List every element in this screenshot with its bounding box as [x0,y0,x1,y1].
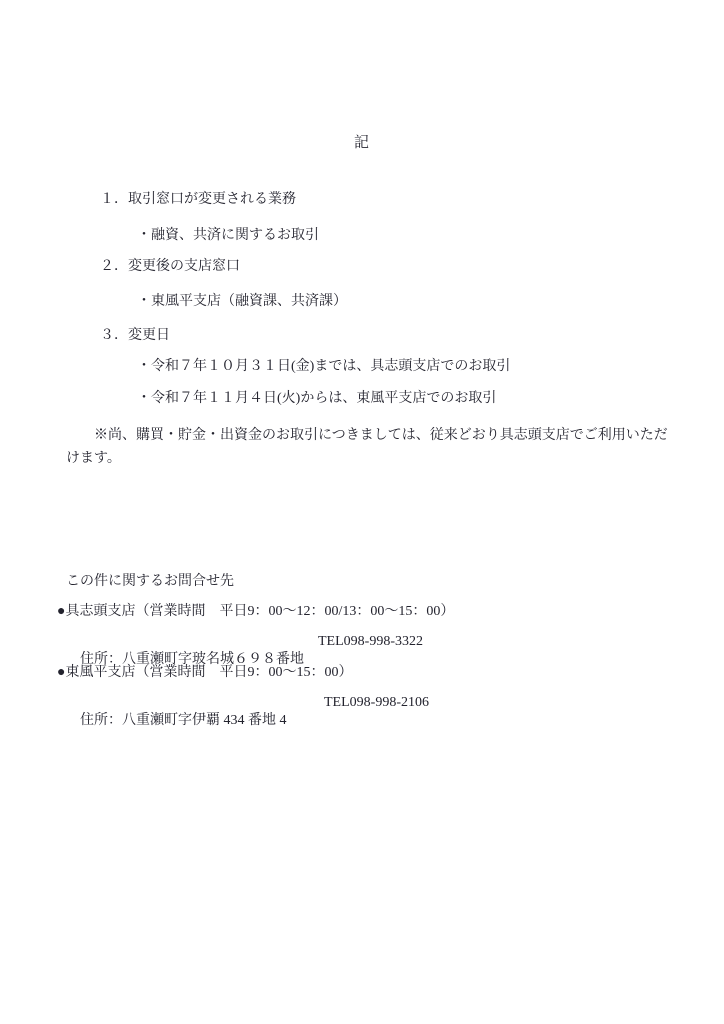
doc-heading-ki: 記 [0,131,724,152]
document-page: 記 １．取引窓口が変更される業務 ・融資、共済に関するお取引 ２．変更後の支店窓… [0,0,724,1024]
note-paragraph: ※尚、購買・貯金・出資金のお取引につきましては、従来どおり具志頭支店でご利用いた… [66,424,670,470]
list-item-2-label: ２．変更後の支店窓口 [100,258,240,276]
list-item-1-label: １．取引窓口が変更される業務 [100,191,296,209]
branch-2-address: 住所：八重瀬町字伊覇 434 番地 4 [80,713,287,728]
list-item-3-sub-2: ・令和７年１１月４日(火)からは、東風平支店でのお取引 [137,390,496,408]
list-item-2-sub-1: ・東風平支店（融資課、共済課） [137,293,347,311]
branch-2-tel: TEL098-998-2106 [324,694,429,712]
list-item-3-sub-1: ・令和７年１０月３１日(金)までは、具志頭支店でのお取引 [137,358,510,376]
branch-2-name-hours: ●東風平支店（営業時間 平日9：00～15：00） [57,664,352,682]
contact-heading: この件に関するお問合せ先 [66,573,234,591]
list-item-3-label: ３．変更日 [100,327,170,345]
branch-1-name-hours: ●具志頭支店（営業時間 平日9：00～12：00/13：00～15：00） [57,603,454,621]
branch-2-address-line: 住所：八重瀬町字伊覇 434 番地 4 TEL098-998-2106 [66,694,287,767]
list-item-1-sub-1: ・融資、共済に関するお取引 [137,227,319,245]
branch-1-tel: TEL098-998-3322 [318,633,423,651]
